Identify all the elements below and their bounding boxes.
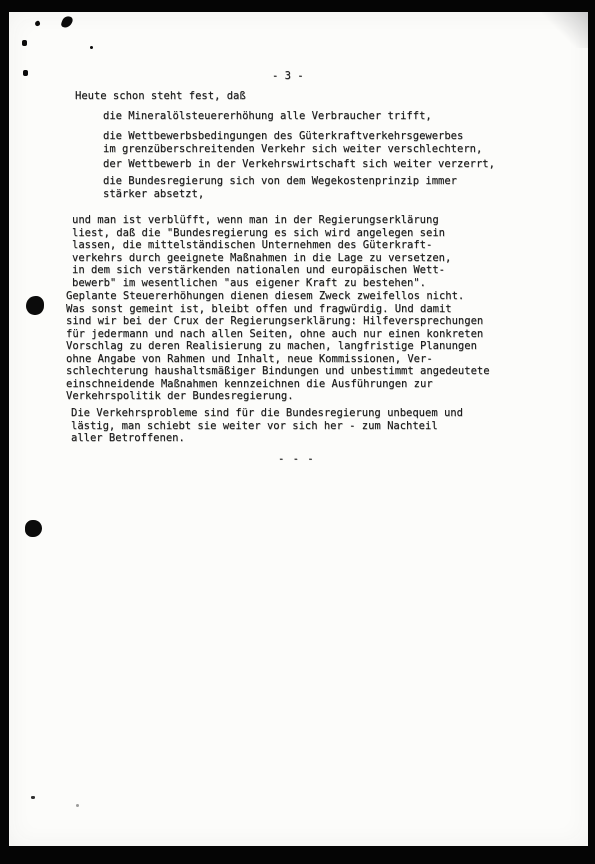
scan-black-border: - 3 - Heute schon steht fest, daß die Mi… bbox=[0, 0, 595, 864]
intro-line: Heute schon steht fest, daß bbox=[75, 90, 246, 103]
scan-corner-shading bbox=[542, 12, 588, 48]
ink-speck bbox=[34, 20, 40, 26]
ink-blot bbox=[60, 15, 73, 30]
hole-punch-mark bbox=[26, 296, 44, 315]
list-item: die Wettbewerbsbedingungen des Güterkraf… bbox=[103, 130, 482, 155]
ink-speck bbox=[90, 46, 93, 49]
ink-speck bbox=[22, 40, 27, 46]
ink-speck bbox=[23, 70, 28, 76]
list-item: die Bundesregierung sich von dem Wegekos… bbox=[103, 175, 457, 200]
list-item: der Wettbewerb in der Verkehrswirtschaft… bbox=[103, 158, 495, 171]
body-paragraph: Die Verkehrsprobleme sind für die Bundes… bbox=[71, 407, 463, 445]
scanned-document-screenshot: { "scan": { "background_color": "#050505… bbox=[0, 0, 595, 864]
document-page: - 3 - Heute schon steht fest, daß die Mi… bbox=[9, 12, 588, 846]
ink-speck bbox=[76, 804, 79, 807]
ink-speck bbox=[31, 796, 35, 799]
page-number: - 3 - bbox=[272, 70, 304, 83]
body-paragraph: Geplante Steuererhöhungen dienen diesem … bbox=[66, 290, 490, 403]
hole-punch-mark bbox=[25, 520, 42, 537]
body-paragraph: und man ist verblüfft, wenn man in der R… bbox=[72, 214, 451, 289]
list-item: die Mineralölsteuererhöhung alle Verbrau… bbox=[103, 110, 432, 123]
end-of-text-separator: - - - bbox=[278, 453, 315, 466]
